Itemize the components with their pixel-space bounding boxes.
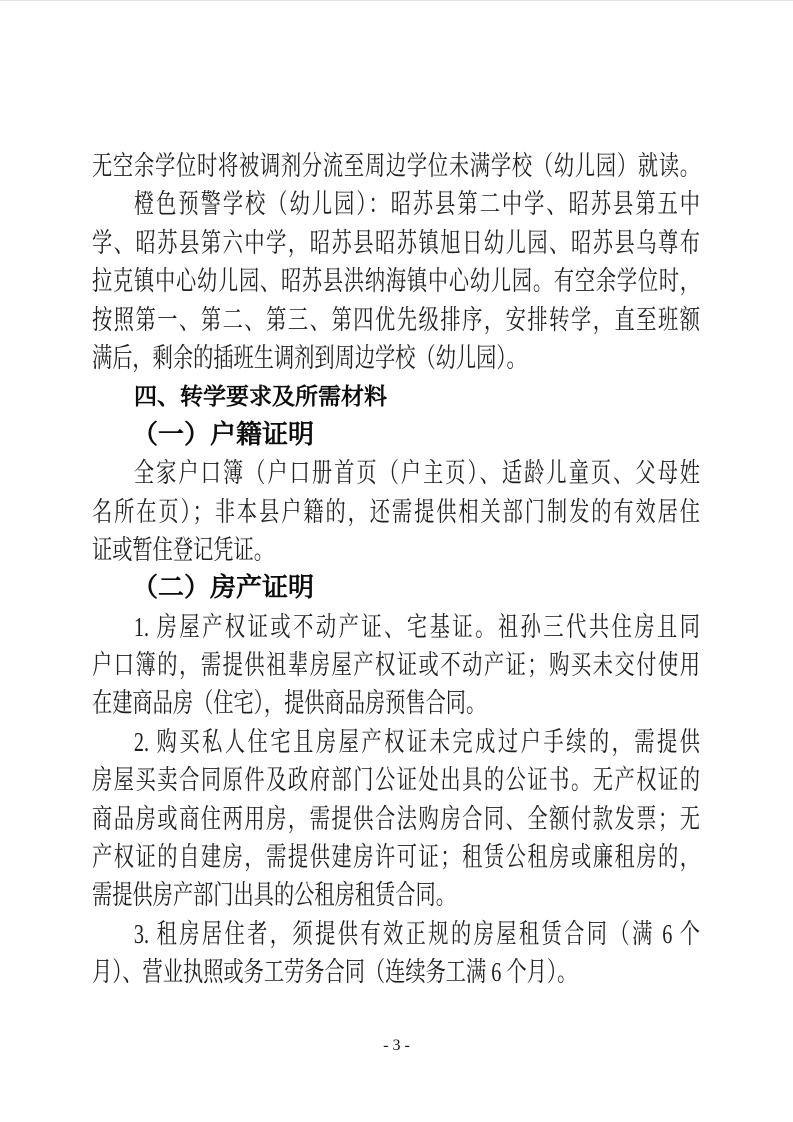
document-page: 无空余学位时将被调剂分流至周边学位未满学校（幼儿园）就读。橙色预警学校（幼儿园）… <box>0 0 793 1122</box>
text-line: 2. 购买私人住宅且房屋产权证未完成过户手续的，需提供 <box>92 723 700 761</box>
text-line: 需提供房产部门出具的公租房租赁合同。 <box>92 876 700 914</box>
text-line: 拉克镇中心幼儿园、昭苏县洪纳海镇中心幼儿园。有空余学位时， <box>92 262 700 300</box>
text-line: 在建商品房（住宅），提供商品房预售合同。 <box>92 684 700 722</box>
text-line: 橙色预警学校（幼儿园）：昭苏县第二中学、昭苏县第五中 <box>92 185 700 223</box>
text-line: 满后，剩余的插班生调剂到周边学校（幼儿园）。 <box>92 339 700 377</box>
page-footer: - 3 - <box>0 1032 793 1060</box>
section-heading: 四、转学要求及所需材料 <box>92 377 700 415</box>
text-line: 名所在页）；非本县户籍的，还需提供相关部门制发的有效居住 <box>92 493 700 531</box>
text-line: 商品房或商住两用房，需提供合法购房合同、全额付款发票；无 <box>92 800 700 838</box>
text-line: 3. 租房居住者，须提供有效正规的房屋租赁合同（满 6 个 <box>92 915 700 953</box>
text-line: 产权证的自建房，需提供建房许可证；租赁公租房或廉租房的， <box>92 838 700 876</box>
document-body: 无空余学位时将被调剂分流至周边学位未满学校（幼儿园）就读。橙色预警学校（幼儿园）… <box>92 147 700 992</box>
text-line: 月）、营业执照或务工劳务合同（连续务工满 6 个月）。 <box>92 953 700 991</box>
text-line: 无空余学位时将被调剂分流至周边学位未满学校（幼儿园）就读。 <box>92 147 700 185</box>
text-line: 1. 房屋产权证或不动产证、宅基证。祖孙三代共住房且同 <box>92 608 700 646</box>
text-line: 按照第一、第二、第三、第四优先级排序，安排转学，直至班额 <box>92 301 700 339</box>
text-line: 学、昭苏县第六中学，昭苏县昭苏镇旭日幼儿园、昭苏县乌尊布 <box>92 224 700 262</box>
section-heading: （一）户籍证明 <box>92 416 700 454</box>
page-number: - 3 - <box>383 1037 410 1054</box>
text-line: 全家户口簿（户口册首页（户主页）、适龄儿童页、父母姓 <box>92 454 700 492</box>
section-heading: （二）房产证明 <box>92 569 700 607</box>
text-line: 房屋买卖合同原件及政府部门公证处出具的公证书。无产权证的 <box>92 761 700 799</box>
text-line: 户口簿的，需提供祖辈房屋产权证或不动产证；购买未交付使用 <box>92 646 700 684</box>
text-line: 证或暂住登记凭证。 <box>92 531 700 569</box>
